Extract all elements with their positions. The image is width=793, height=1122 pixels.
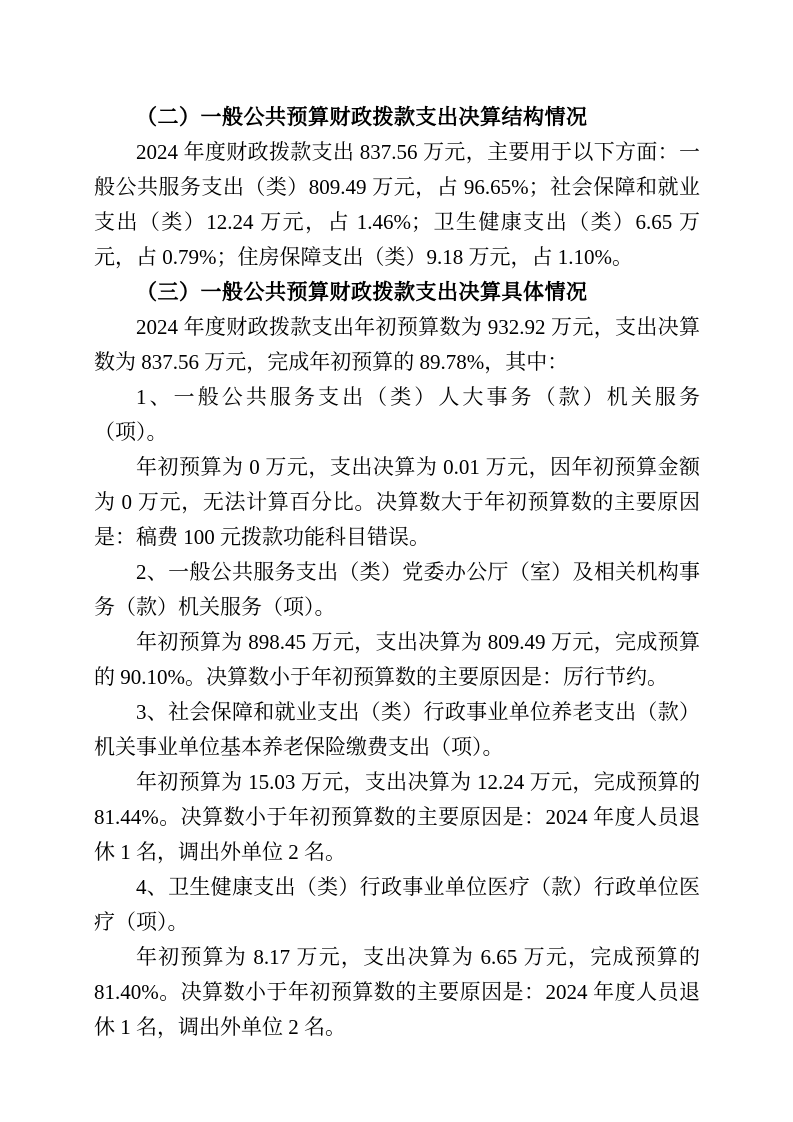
paragraph-item-1-detail: 年初预算为 0 万元，支出决算为 0.01 万元，因年初预算金额为 0 万元，无… — [94, 450, 700, 555]
paragraph-budget-summary: 2024 年度财政拨款支出年初预算数为 932.92 万元，支出决算数为 837… — [94, 310, 700, 380]
section-heading-expenditure-details: （三）一般公共预算财政拨款支出决算具体情况 — [94, 275, 700, 310]
paragraph-item-2-detail: 年初预算为 898.45 万元，支出决算为 809.49 万元，完成预算的 90… — [94, 625, 700, 695]
paragraph-item-2-title: 2、一般公共服务支出（类）党委办公厅（室）及相关机构事务（款）机关服务（项）。 — [94, 555, 700, 625]
paragraph-item-1-title: 1、一般公共服务支出（类）人大事务（款）机关服务（项）。 — [94, 380, 700, 450]
paragraph-item-4-detail: 年初预算为 8.17 万元，支出决算为 6.65 万元，完成预算的 81.40%… — [94, 940, 700, 1045]
paragraph-item-3-detail: 年初预算为 15.03 万元，支出决算为 12.24 万元，完成预算的 81.4… — [94, 765, 700, 870]
paragraph-expenditure-structure: 2024 年度财政拨款支出 837.56 万元，主要用于以下方面：一般公共服务支… — [94, 135, 700, 275]
paragraph-item-3-title: 3、社会保障和就业支出（类）行政事业单位养老支出（款）机关事业单位基本养老保险缴… — [94, 695, 700, 765]
paragraph-item-4-title: 4、卫生健康支出（类）行政事业单位医疗（款）行政单位医疗（项）。 — [94, 870, 700, 940]
document-page: （二）一般公共预算财政拨款支出决算结构情况 2024 年度财政拨款支出 837.… — [0, 0, 793, 1122]
section-heading-expenditure-structure: （二）一般公共预算财政拨款支出决算结构情况 — [94, 100, 700, 135]
